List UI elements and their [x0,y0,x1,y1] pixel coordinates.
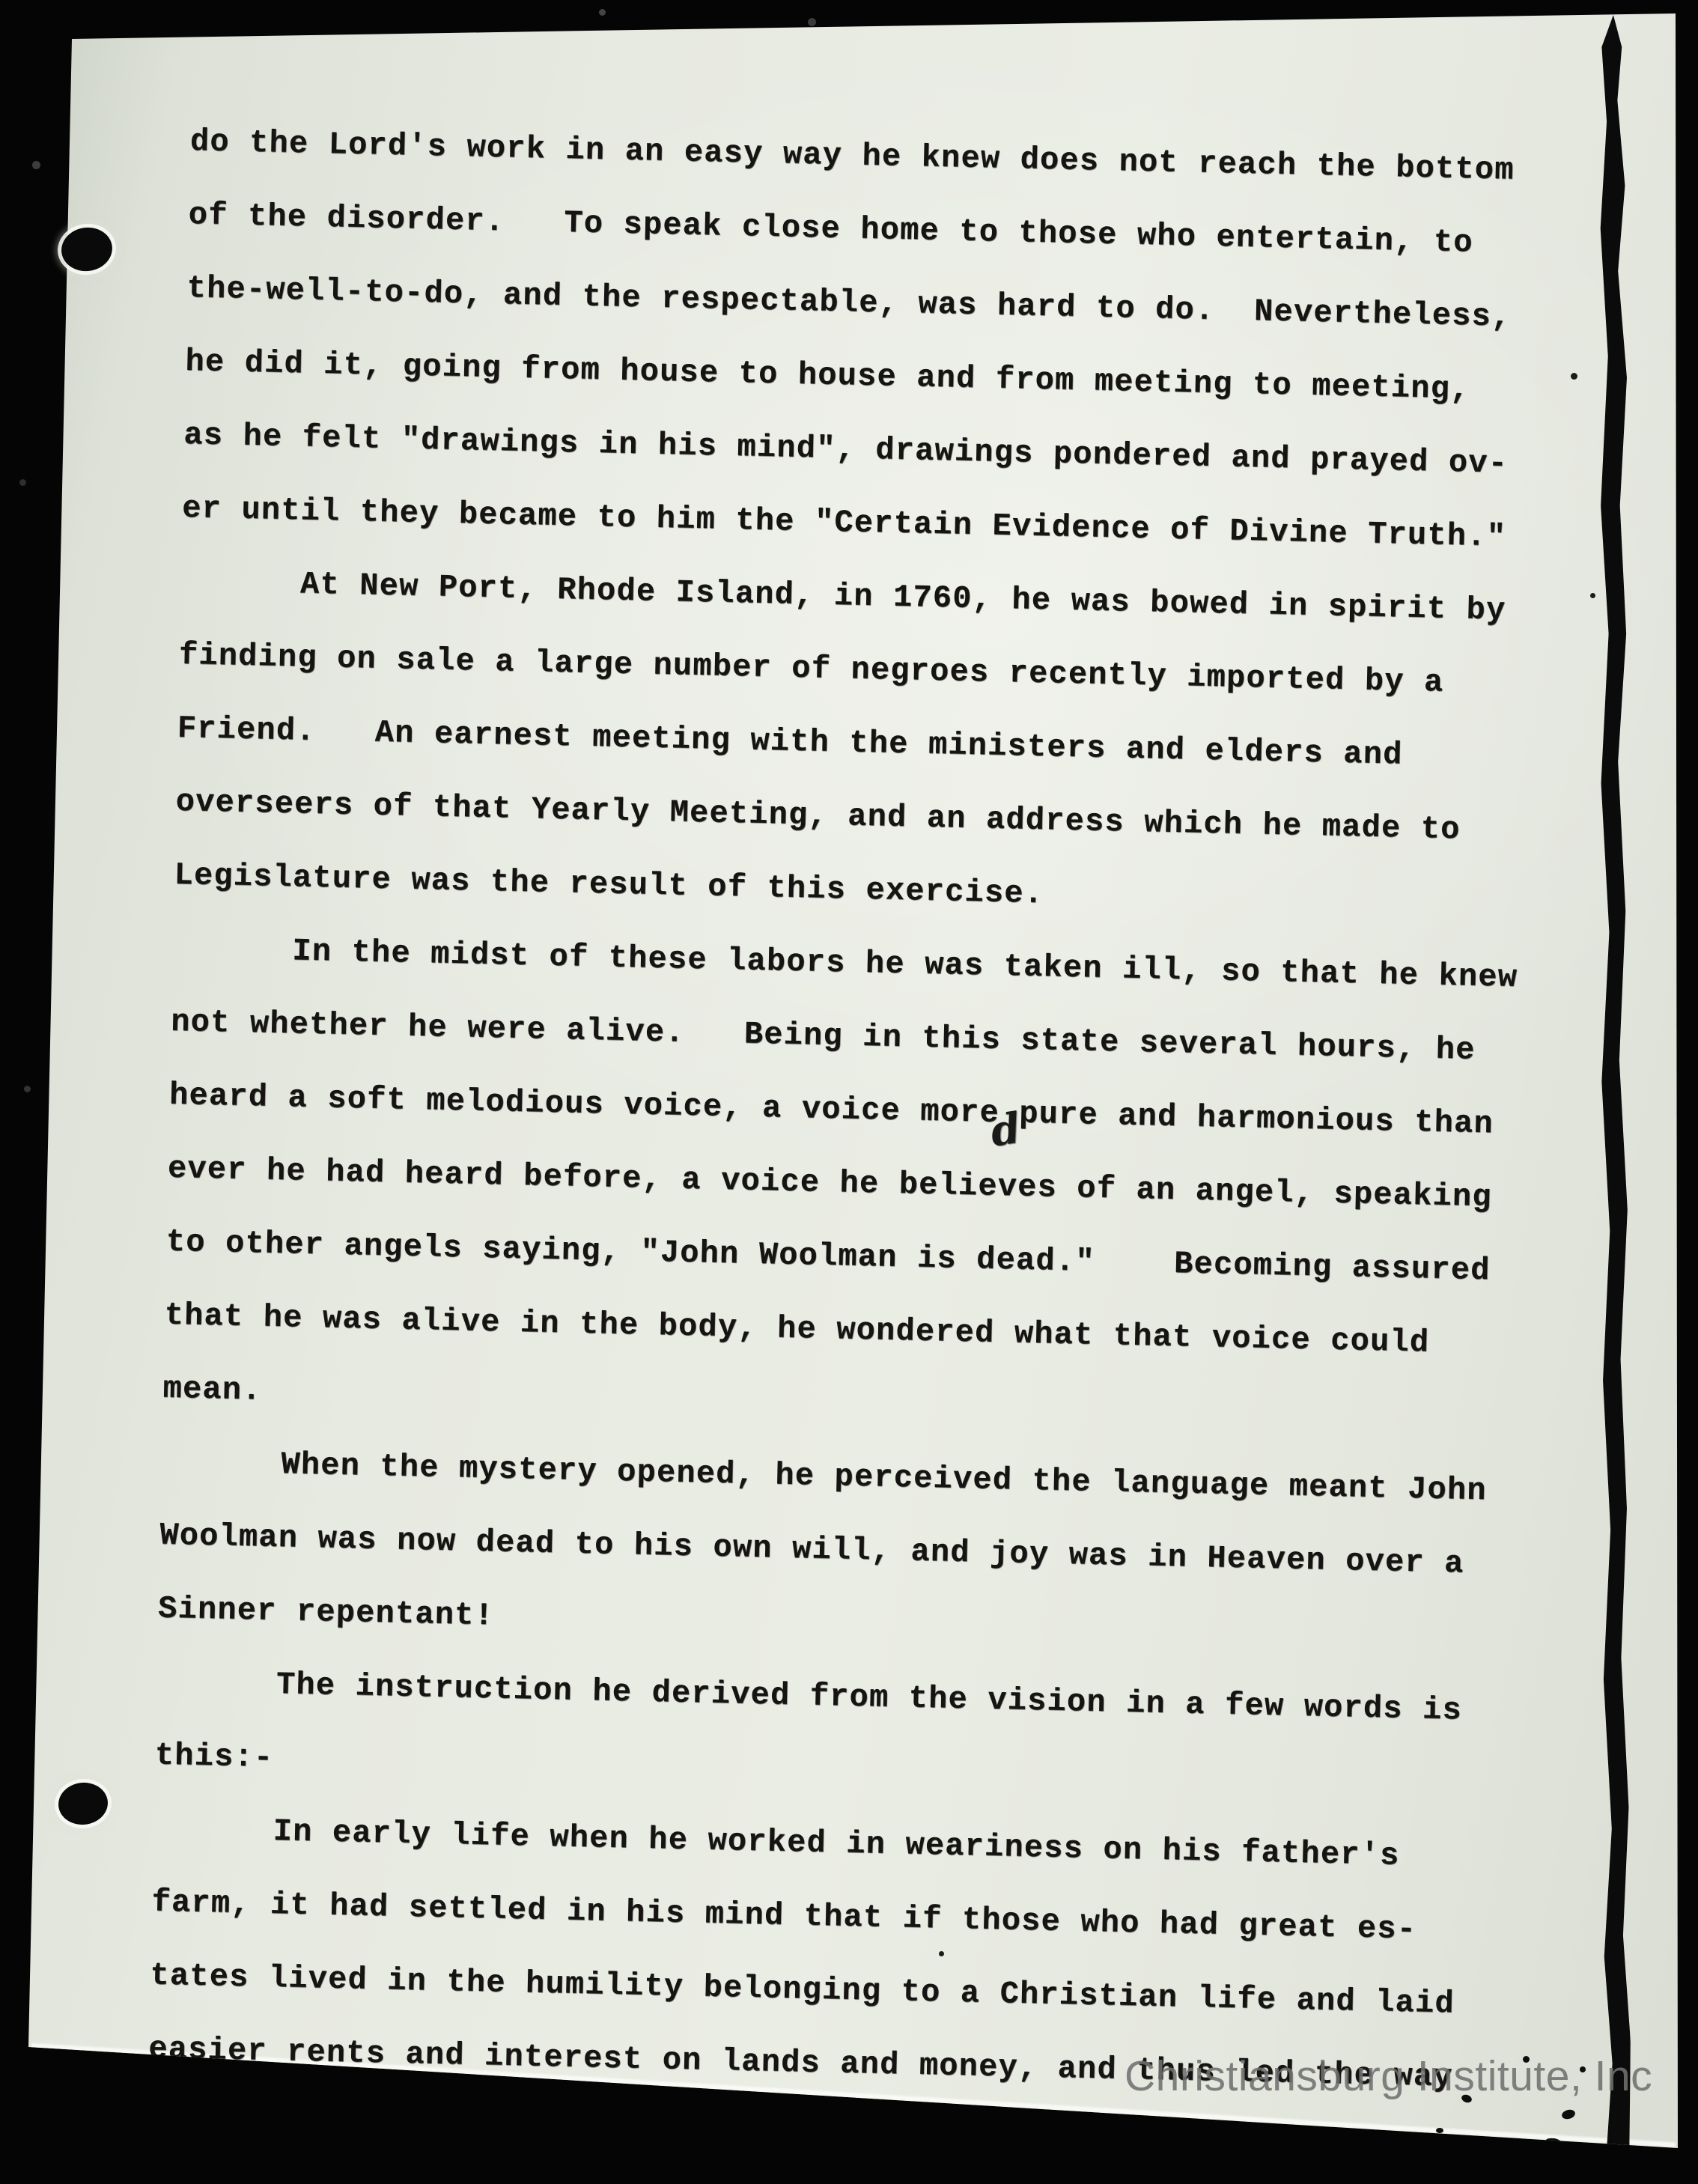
ink-speck [1590,593,1595,598]
watermark: Christiansburg Institute, Inc [1125,2051,1652,2101]
ink-splatter [1561,2108,1576,2120]
ink-splatter [1436,2128,1443,2133]
left-edge-scan-noise [3,42,57,1173]
scanned-page-photo: do the Lord's work in an easy way he kne… [0,0,1698,2184]
ink-speck [939,1951,944,1956]
photocopy-streak [1599,15,1631,2149]
typewritten-text: do the Lord's work in an easy way he kne… [146,105,1568,2184]
scan-dust-specks [0,0,4,4]
ink-speck [1571,373,1577,380]
paper-sheet: do the Lord's work in an easy way he kne… [0,0,1698,2184]
